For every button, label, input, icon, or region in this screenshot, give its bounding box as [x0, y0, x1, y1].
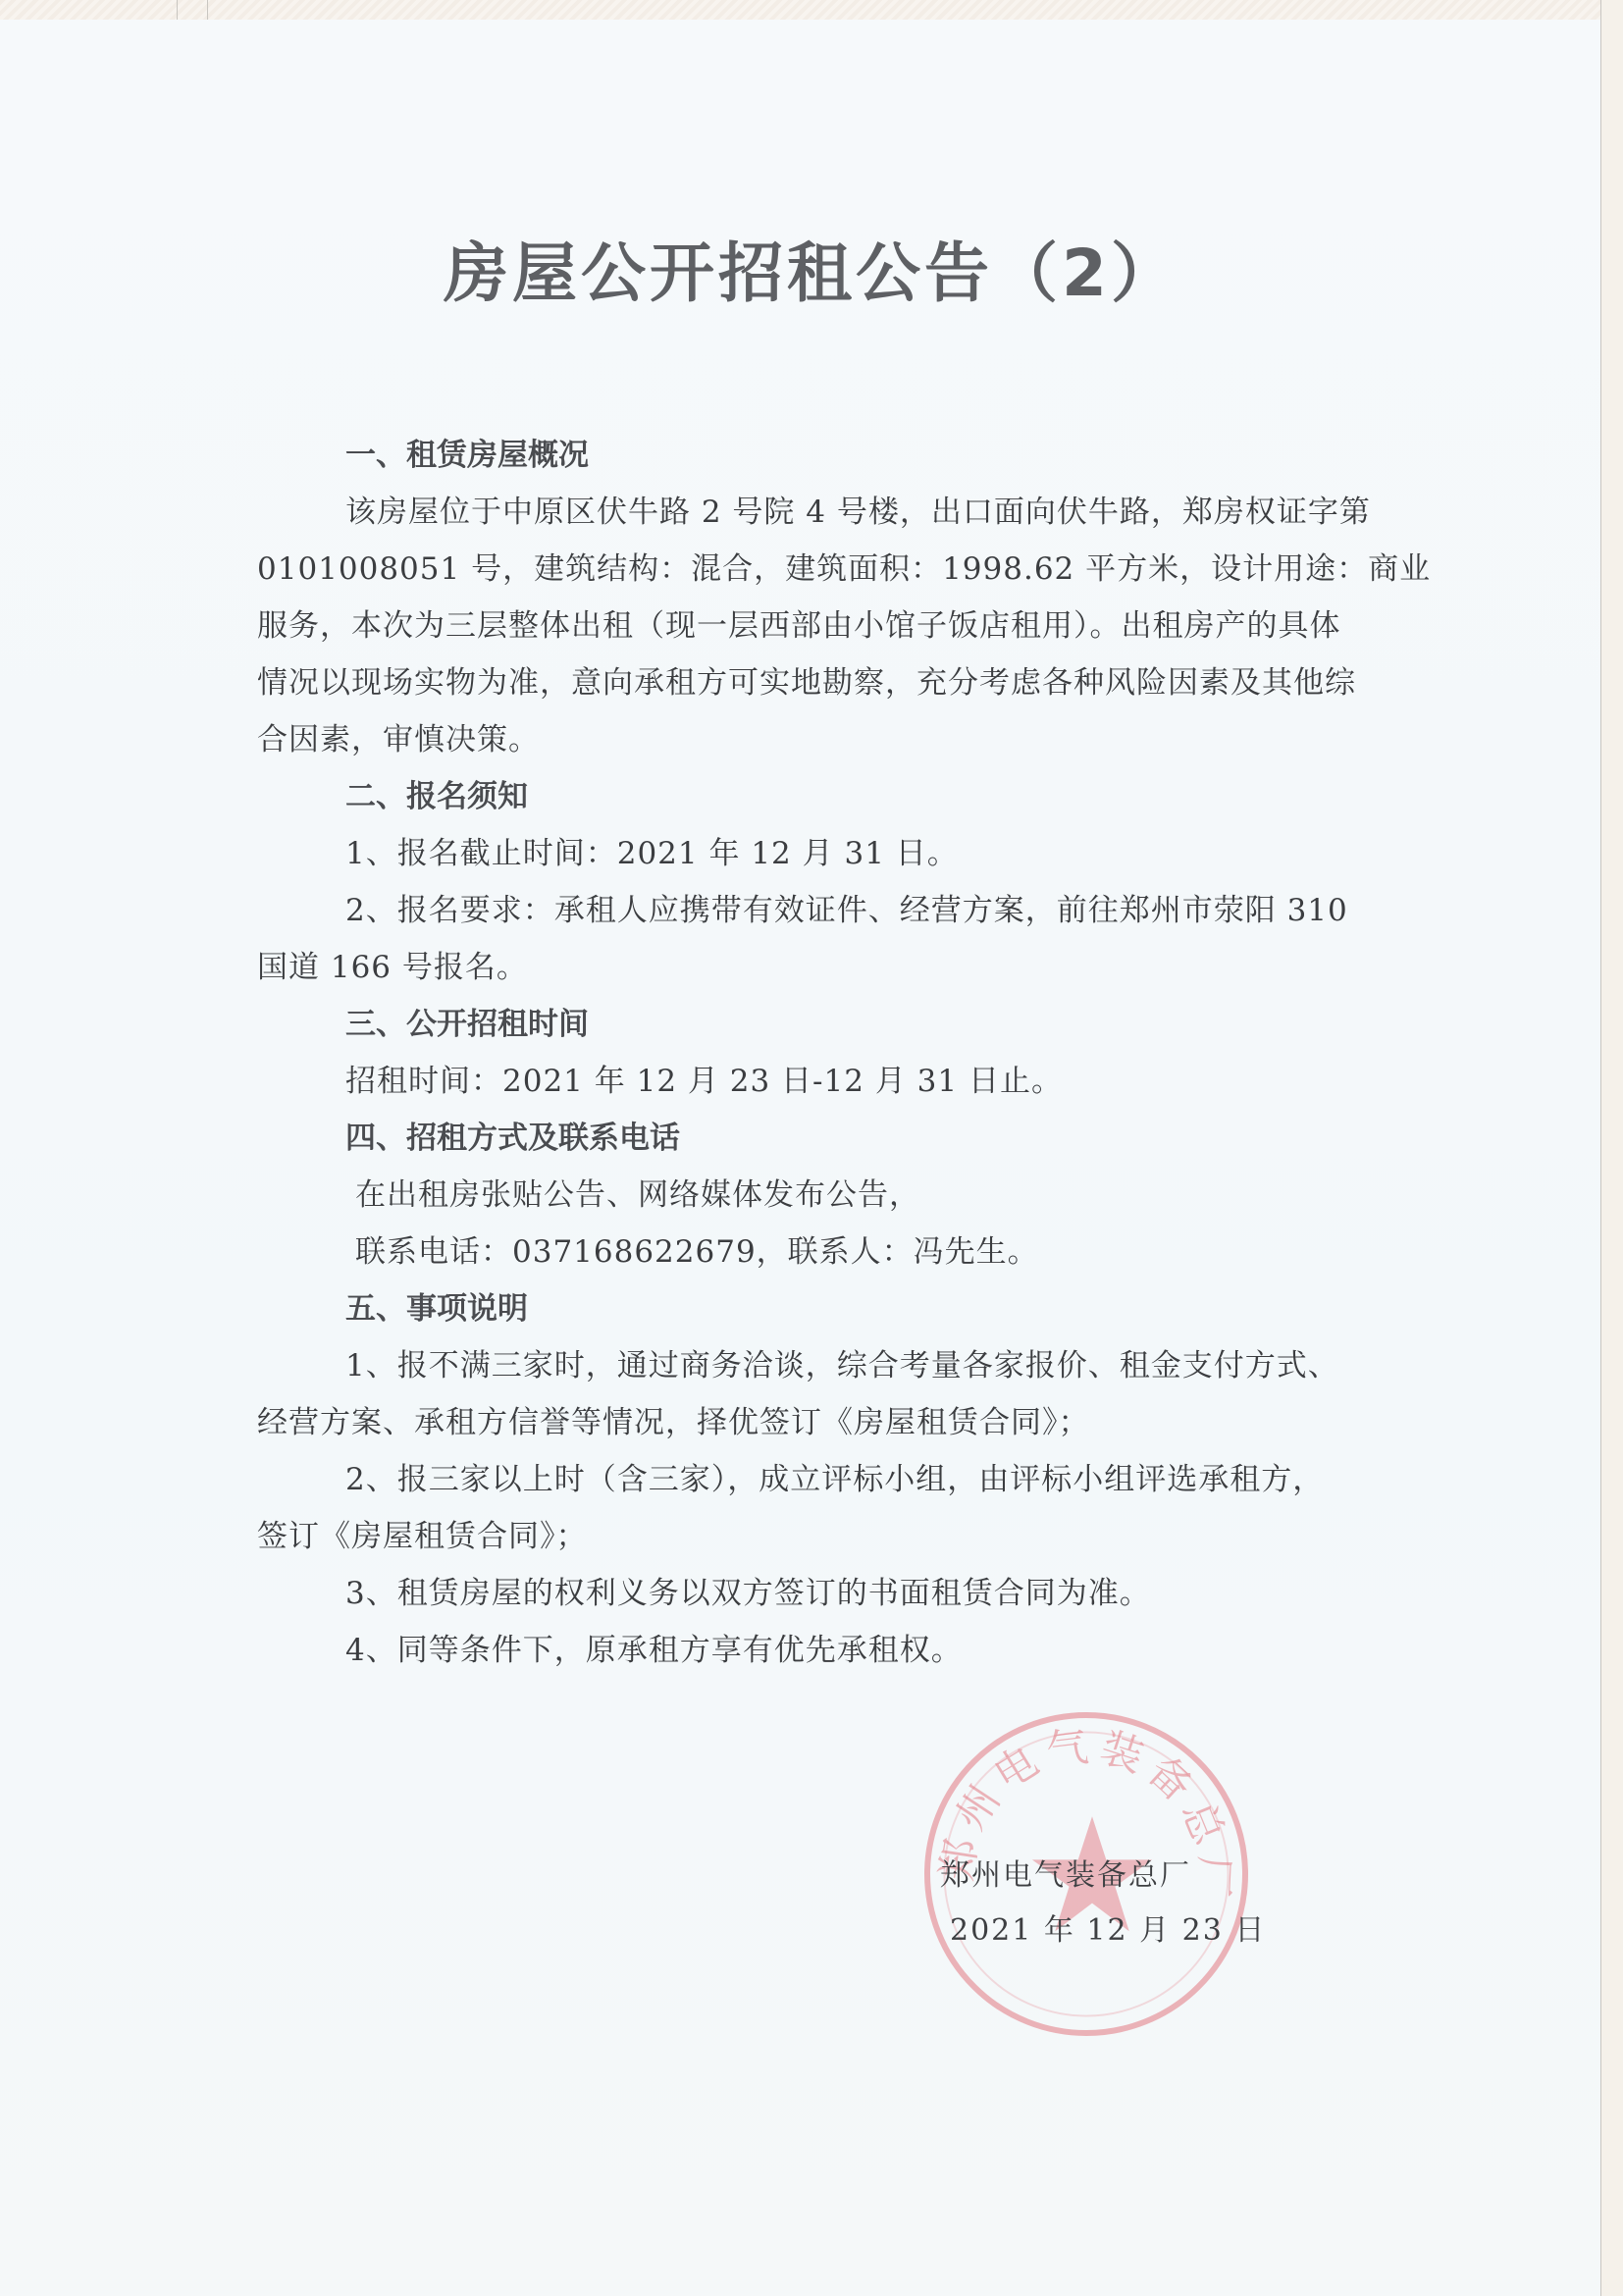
scan-edge-mark — [177, 0, 178, 20]
paragraph-line: 服务，本次为三层整体出租（现一层西部由小馆子饭店租用）。出租房产的具体 — [257, 600, 1341, 645]
paragraph-line: 国道 166 号报名。 — [257, 942, 528, 986]
section-heading-1: 一、租赁房屋概况 — [345, 430, 589, 474]
paragraph-line: 招租时间：2021 年 12 月 23 日-12 月 31 日止。 — [345, 1056, 1063, 1100]
paragraph-line: 该房屋位于中原区伏牛路 2 号院 4 号楼，出口面向伏牛路，郑房权证字第 — [345, 487, 1371, 531]
page-title: 房屋公开招租公告（2） — [0, 221, 1623, 314]
paragraph-line: 合因素，审慎决策。 — [257, 714, 540, 758]
section-heading-3: 三、公开招租时间 — [345, 999, 589, 1043]
paragraph-line: 经营方案、承租方信誉等情况，择优签订《房屋租赁合同》； — [257, 1397, 1090, 1441]
paragraph-line: 2、报名要求：承租人应携带有效证件、经营方案，前往郑州市荥阳 310 — [345, 885, 1348, 929]
section-heading-2: 二、报名须知 — [345, 771, 528, 815]
paragraph-line: 4、同等条件下，原承租方享有优先承租权。 — [345, 1625, 963, 1669]
paragraph-line: 1、报不满三家时，通过商务洽谈，综合考量各家报价、租金支付方式、 — [345, 1340, 1339, 1384]
scan-edge-mark — [207, 0, 208, 20]
signature-date: 2021 年 12 月 23 日 — [950, 1905, 1266, 1949]
paragraph-line: 2、报三家以上时（含三家），成立评标小组，由评标小组评选承租方， — [345, 1454, 1324, 1498]
scan-right-edge — [1600, 0, 1623, 2296]
paragraph-line: 1、报名截止时间：2021 年 12 月 31 日。 — [345, 828, 959, 872]
paragraph-line: 3、租赁房屋的权利义务以双方签订的书面租赁合同为准。 — [345, 1568, 1151, 1612]
scan-top-edge — [0, 0, 1623, 20]
section-heading-4: 四、招租方式及联系电话 — [345, 1113, 680, 1157]
paragraph-line: 情况以现场实物为准，意向承租方可实地勘察，充分考虑各种风险因素及其他综 — [257, 657, 1356, 702]
paragraph-line: 在出租房张贴公告、网络媒体发布公告， — [355, 1170, 920, 1214]
contact-line: 联系电话：037168622679，联系人：冯先生。 — [355, 1226, 1039, 1271]
section-heading-5: 五、事项说明 — [345, 1283, 528, 1328]
signature-organization: 郑州电气装备总厂 — [940, 1851, 1191, 1894]
paragraph-line: 0101008051 号，建筑结构：混合，建筑面积：1998.62 平方米，设计… — [257, 544, 1431, 588]
document-page: 房屋公开招租公告（2） 一、租赁房屋概况 该房屋位于中原区伏牛路 2 号院 4 … — [0, 0, 1623, 2296]
paragraph-line: 签订《房屋租赁合同》； — [257, 1511, 588, 1555]
